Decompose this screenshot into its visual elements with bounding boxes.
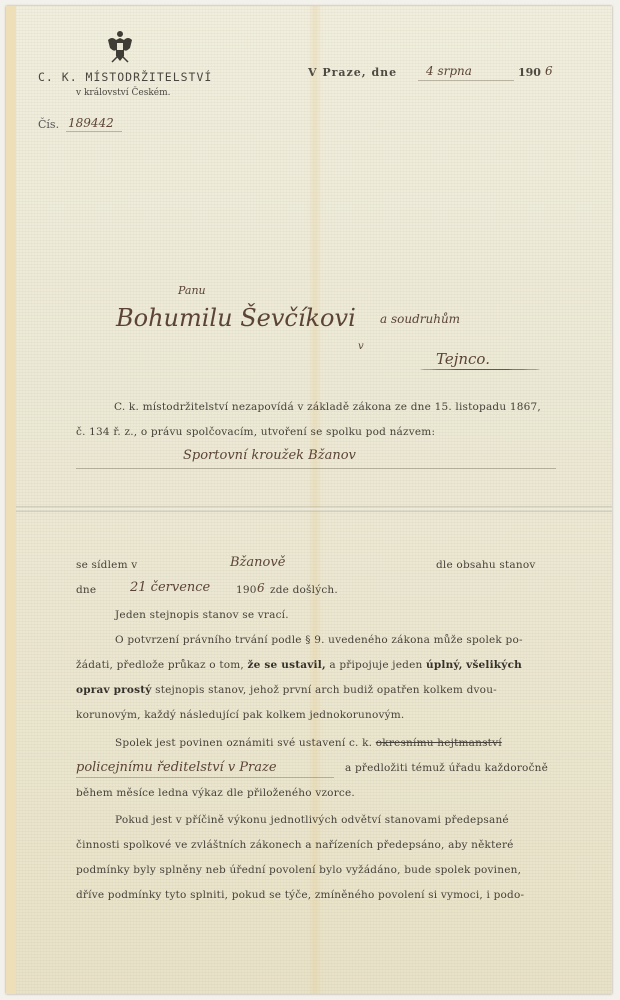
seat-tail: dle obsahu stanov	[436, 559, 535, 571]
authority-title: C. K. MÍSTODRŽITELSTVÍ	[38, 70, 212, 84]
p4-line3: během měsíce ledna výkaz dle přiloženého…	[76, 787, 355, 799]
p3-text: žádati, předlože průkaz o tom,	[76, 659, 244, 671]
p3-text: stejnopis stanov, jehož první arch budiž…	[155, 684, 497, 696]
salutation: Panu	[178, 284, 206, 297]
town-flourish	[420, 369, 540, 370]
p5-line1: Pokud jest v příčině výkonu jednotlivých…	[115, 814, 509, 826]
double-headed-eagle-crest-icon	[106, 30, 134, 64]
p5-line3: podmínky byly splněny neb úřední povolen…	[76, 864, 521, 876]
year-printed: 190	[518, 66, 541, 79]
seat-label: se sídlem v	[76, 559, 137, 571]
reference-label: Čís.	[38, 118, 59, 131]
dne-handwritten: 21 července	[130, 580, 210, 595]
p1-line2: č. 134 ř. z., o právu spolčovacím, utvoř…	[76, 426, 435, 438]
addressee-town: Tejnco.	[436, 350, 490, 368]
date-underline	[418, 80, 514, 81]
p4-text: Spolek jest povinen oznámiti své ustaven…	[115, 737, 372, 749]
p4-line1: Spolek jest povinen oznámiti své ustaven…	[115, 737, 502, 749]
p3-line3: oprav prostý stejnopis stanov, jehož prv…	[76, 684, 497, 696]
p3-bold-ustavil: že se ustavil,	[248, 659, 326, 671]
p4-underline	[76, 777, 334, 778]
dne-label: dne	[76, 584, 96, 596]
authority-subtitle: v království Českém.	[76, 88, 171, 98]
place-date-label: V Praze, dne	[308, 66, 397, 79]
addressee-preposition: v	[358, 341, 364, 352]
p5-line2: činnosti spolkové ve zvláštních zákonech…	[76, 839, 514, 851]
p3-text: a připojuje jeden	[329, 659, 422, 671]
p4-handwritten-authority: policejnímu ředitelství v Praze	[76, 760, 277, 775]
p3-bold-uplny: úplný,	[426, 659, 463, 671]
year-handwritten: 6	[545, 64, 553, 78]
p3-bold-oprav-prosty: oprav prostý	[76, 684, 152, 696]
p2: Jeden stejnopis stanov se vrací.	[115, 609, 289, 621]
p4-struck-text: okresnímu hejtmanství	[376, 737, 502, 749]
p3-line4: korunovým, každý následující pak kolkem …	[76, 709, 404, 721]
association-name: Sportovní kroužek Bžanov	[183, 448, 356, 463]
p5-line4: dříve podmínky tyto splniti, pokud se tý…	[76, 889, 524, 901]
p3-line1: O potvrzení právního trvání podle § 9. u…	[115, 634, 523, 646]
p3-bold-vselikych: všelikých	[466, 659, 522, 671]
reference-underline	[66, 131, 122, 132]
p4-line2-tail: a předložiti témuž úřadu každoročně	[345, 762, 548, 774]
addressee-name: Bohumilu Ševčíkovi	[116, 304, 356, 332]
reference-number: 189442	[68, 116, 114, 130]
p1-line1: C. k. místodržitelství nezapovídá v zákl…	[114, 401, 541, 413]
p3-line2: žádati, předlože průkaz o tom, že se ust…	[76, 659, 522, 671]
association-underline	[76, 468, 556, 469]
horizontal-fold-tear	[16, 506, 612, 512]
dne-tail: zde došlých.	[270, 584, 338, 596]
date-handwritten: 4 srpna	[426, 64, 472, 78]
addressee-suffix: a soudruhům	[380, 312, 460, 326]
seat-handwritten: Bžanově	[230, 555, 285, 570]
dne-year: 190	[236, 584, 257, 596]
dne-year-handwritten: 6	[257, 581, 265, 595]
